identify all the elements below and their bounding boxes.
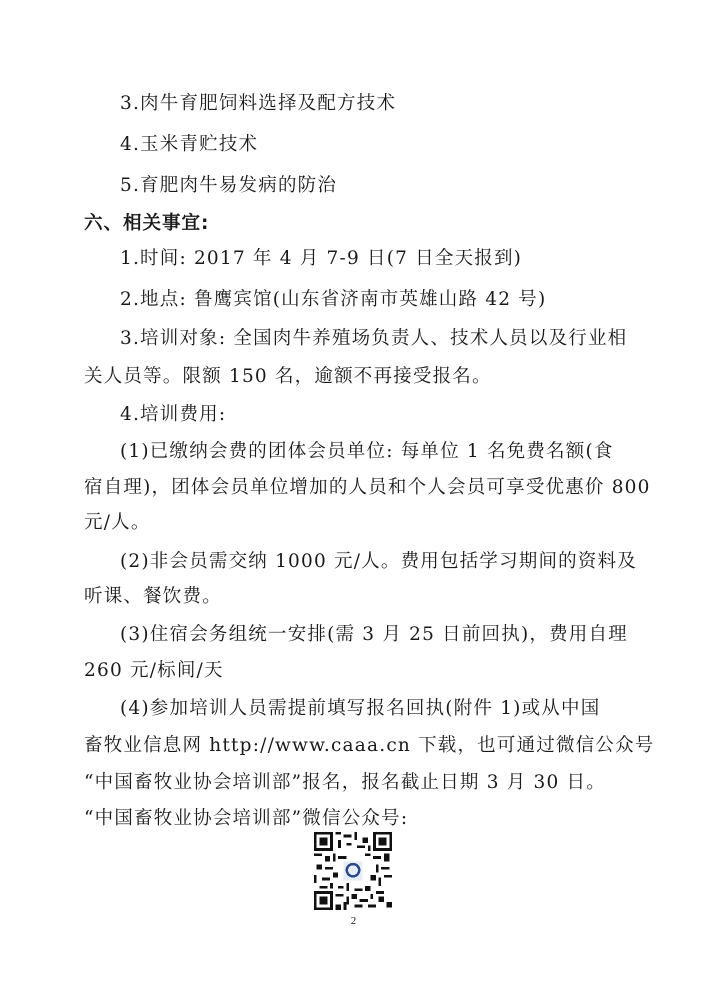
event-time: 1.时间: 2017 年 4 月 7-9 日(7 日全天报到) bbox=[120, 247, 522, 271]
fee-2-line-2: 听课、餐饮费。 bbox=[84, 585, 222, 609]
fee-1-line-3: 元/人。 bbox=[84, 511, 151, 535]
wechat-qr-code[interactable] bbox=[314, 832, 392, 910]
wechat-label: “中国畜牧业协会培训部”微信公众号: bbox=[84, 807, 408, 831]
fees-heading: 4.培训费用: bbox=[120, 403, 226, 427]
fee-4-line-2: 畜牧业信息网 http://www.caaa.cn 下载，也可通过微信公众号 bbox=[84, 734, 655, 758]
audience-line-1: 3.培训对象: 全国肉牛养殖场负责人、技术人员以及行业相 bbox=[120, 327, 627, 351]
fee-3-line-2: 260 元/标间/天 bbox=[84, 659, 224, 683]
fee-4-line-1: (4)参加培训人员需提前填写报名回执(附件 1)或从中国 bbox=[120, 697, 600, 721]
event-location: 2.地点: 鲁鹰宾馆(山东省济南市英雄山路 42 号) bbox=[120, 288, 546, 312]
audience-line-2: 关人员等。限额 150 名，逾额不再接受报名。 bbox=[84, 365, 492, 389]
qr-code-icon bbox=[314, 832, 392, 910]
document-page: 3.肉牛育肥饲料选择及配方技术 4.玉米青贮技术 5.育肥肉牛易发病的防治 六、… bbox=[0, 0, 707, 1000]
list-item-disease-prevention: 5.育肥肉牛易发病的防治 bbox=[120, 174, 337, 198]
section-heading: 六、相关事宜: bbox=[84, 212, 209, 236]
fee-1-line-1: (1)已缴纳会费的团体会员单位: 每单位 1 名免费名额(食 bbox=[120, 440, 614, 464]
list-item-feed-formula: 3.肉牛育肥饲料选择及配方技术 bbox=[120, 92, 396, 116]
fee-1-line-2: 宿自理)，团体会员单位增加的人员和个人会员可享受优惠价 800 bbox=[84, 476, 651, 500]
fee-3-line-1: (3)住宿会务组统一安排(需 3 月 25 日前回执)，费用自理 bbox=[120, 623, 628, 647]
list-item-corn-silage: 4.玉米青贮技术 bbox=[120, 133, 258, 157]
fee-4-line-3: “中国畜牧业协会培训部”报名，报名截止日期 3 月 30 日。 bbox=[84, 771, 606, 795]
page-number: 2 bbox=[0, 915, 707, 927]
fee-2-line-1: (2)非会员需交纳 1000 元/人。费用包括学习期间的资料及 bbox=[120, 550, 637, 574]
